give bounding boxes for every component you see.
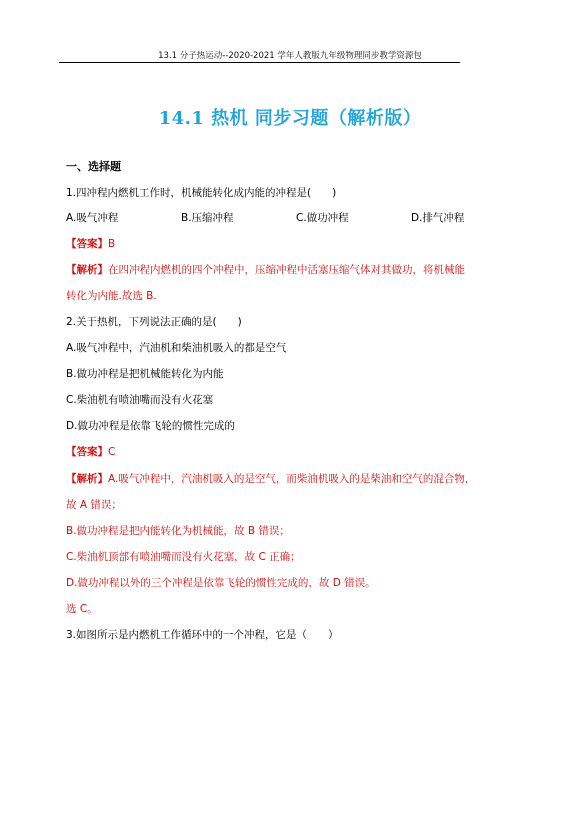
question-2-option-d: D.做功冲程是依靠飞轮的惯性完成的: [66, 419, 235, 433]
question-2-stem: 2.关于热机，下列说法正确的是( ): [66, 315, 242, 329]
section-heading: 一、选择题: [66, 160, 121, 174]
question-1-answer: 【答案】B: [66, 237, 115, 251]
question-2-option-b: B.做功冲程是把机械能转化为内能: [66, 367, 224, 381]
question-2-analysis-line-6: 选 C。: [66, 602, 98, 616]
answer-label: 【答案】: [66, 238, 108, 250]
question-2-answer: 【答案】C: [66, 445, 115, 459]
analysis-label: 【解析】: [66, 473, 108, 485]
question-1-stem: 1.四冲程内燃机工作时，机械能转化成内能的冲程是( ): [66, 186, 336, 200]
question-2-analysis-line-2: 故 A 错误；: [66, 498, 122, 512]
analysis-line: A.吸气冲程中，汽油机吸入的是空气，而柴油机吸入的是柴油和空气的混合物，: [108, 473, 475, 485]
document-page: 13.1 分子热运动--2020-2021 学年人教版九年级物理同步教学资源包 …: [0, 0, 580, 819]
document-title: 14.1 热机 同步习题（解析版）: [0, 104, 580, 130]
header-divider: [59, 62, 460, 63]
question-1-option-a: A.吸气冲程: [66, 211, 118, 225]
question-2-analysis-line-5: D.做功冲程以外的三个冲程是依靠飞轮的惯性完成的，故 D 错误。: [66, 576, 376, 590]
question-2-analysis-line-3: B.做功冲程是把内能转化为机械能，故 B 错误；: [66, 524, 290, 538]
analysis-label: 【解析】: [66, 264, 108, 276]
question-1-analysis: 【解析】在四冲程内燃机的四个冲程中，压缩冲程中活塞压缩气体对其做功，将机械能: [66, 263, 465, 277]
page-header: 13.1 分子热运动--2020-2021 学年人教版九年级物理同步教学资源包: [0, 49, 580, 61]
question-2-option-a: A.吸气冲程中，汽油机和柴油机吸入的都是空气: [66, 341, 286, 355]
question-2-analysis-line-4: C.柴油机顶部有喷油嘴而没有火花塞，故 C 正确；: [66, 550, 301, 564]
answer-value: C: [108, 446, 115, 458]
question-1-option-b: B.压缩冲程: [181, 211, 234, 225]
question-3-stem: 3.如图所示是内燃机工作循环中的一个冲程，它是（ ）: [66, 628, 339, 642]
answer-label: 【答案】: [66, 446, 108, 458]
question-2-option-c: C.柴油机有喷油嘴而没有火花塞: [66, 393, 213, 407]
analysis-line: 在四冲程内燃机的四个冲程中，压缩冲程中活塞压缩气体对其做功，将机械能: [108, 264, 465, 276]
question-1-analysis-line-2: 转化为内能.故选 B.: [66, 289, 157, 303]
question-1-option-c: C.做功冲程: [296, 211, 349, 225]
answer-value: B: [108, 238, 115, 250]
question-2-analysis: 【解析】A.吸气冲程中，汽油机吸入的是空气，而柴油机吸入的是柴油和空气的混合物，: [66, 472, 475, 486]
question-1-option-d: D.排气冲程: [411, 211, 464, 225]
